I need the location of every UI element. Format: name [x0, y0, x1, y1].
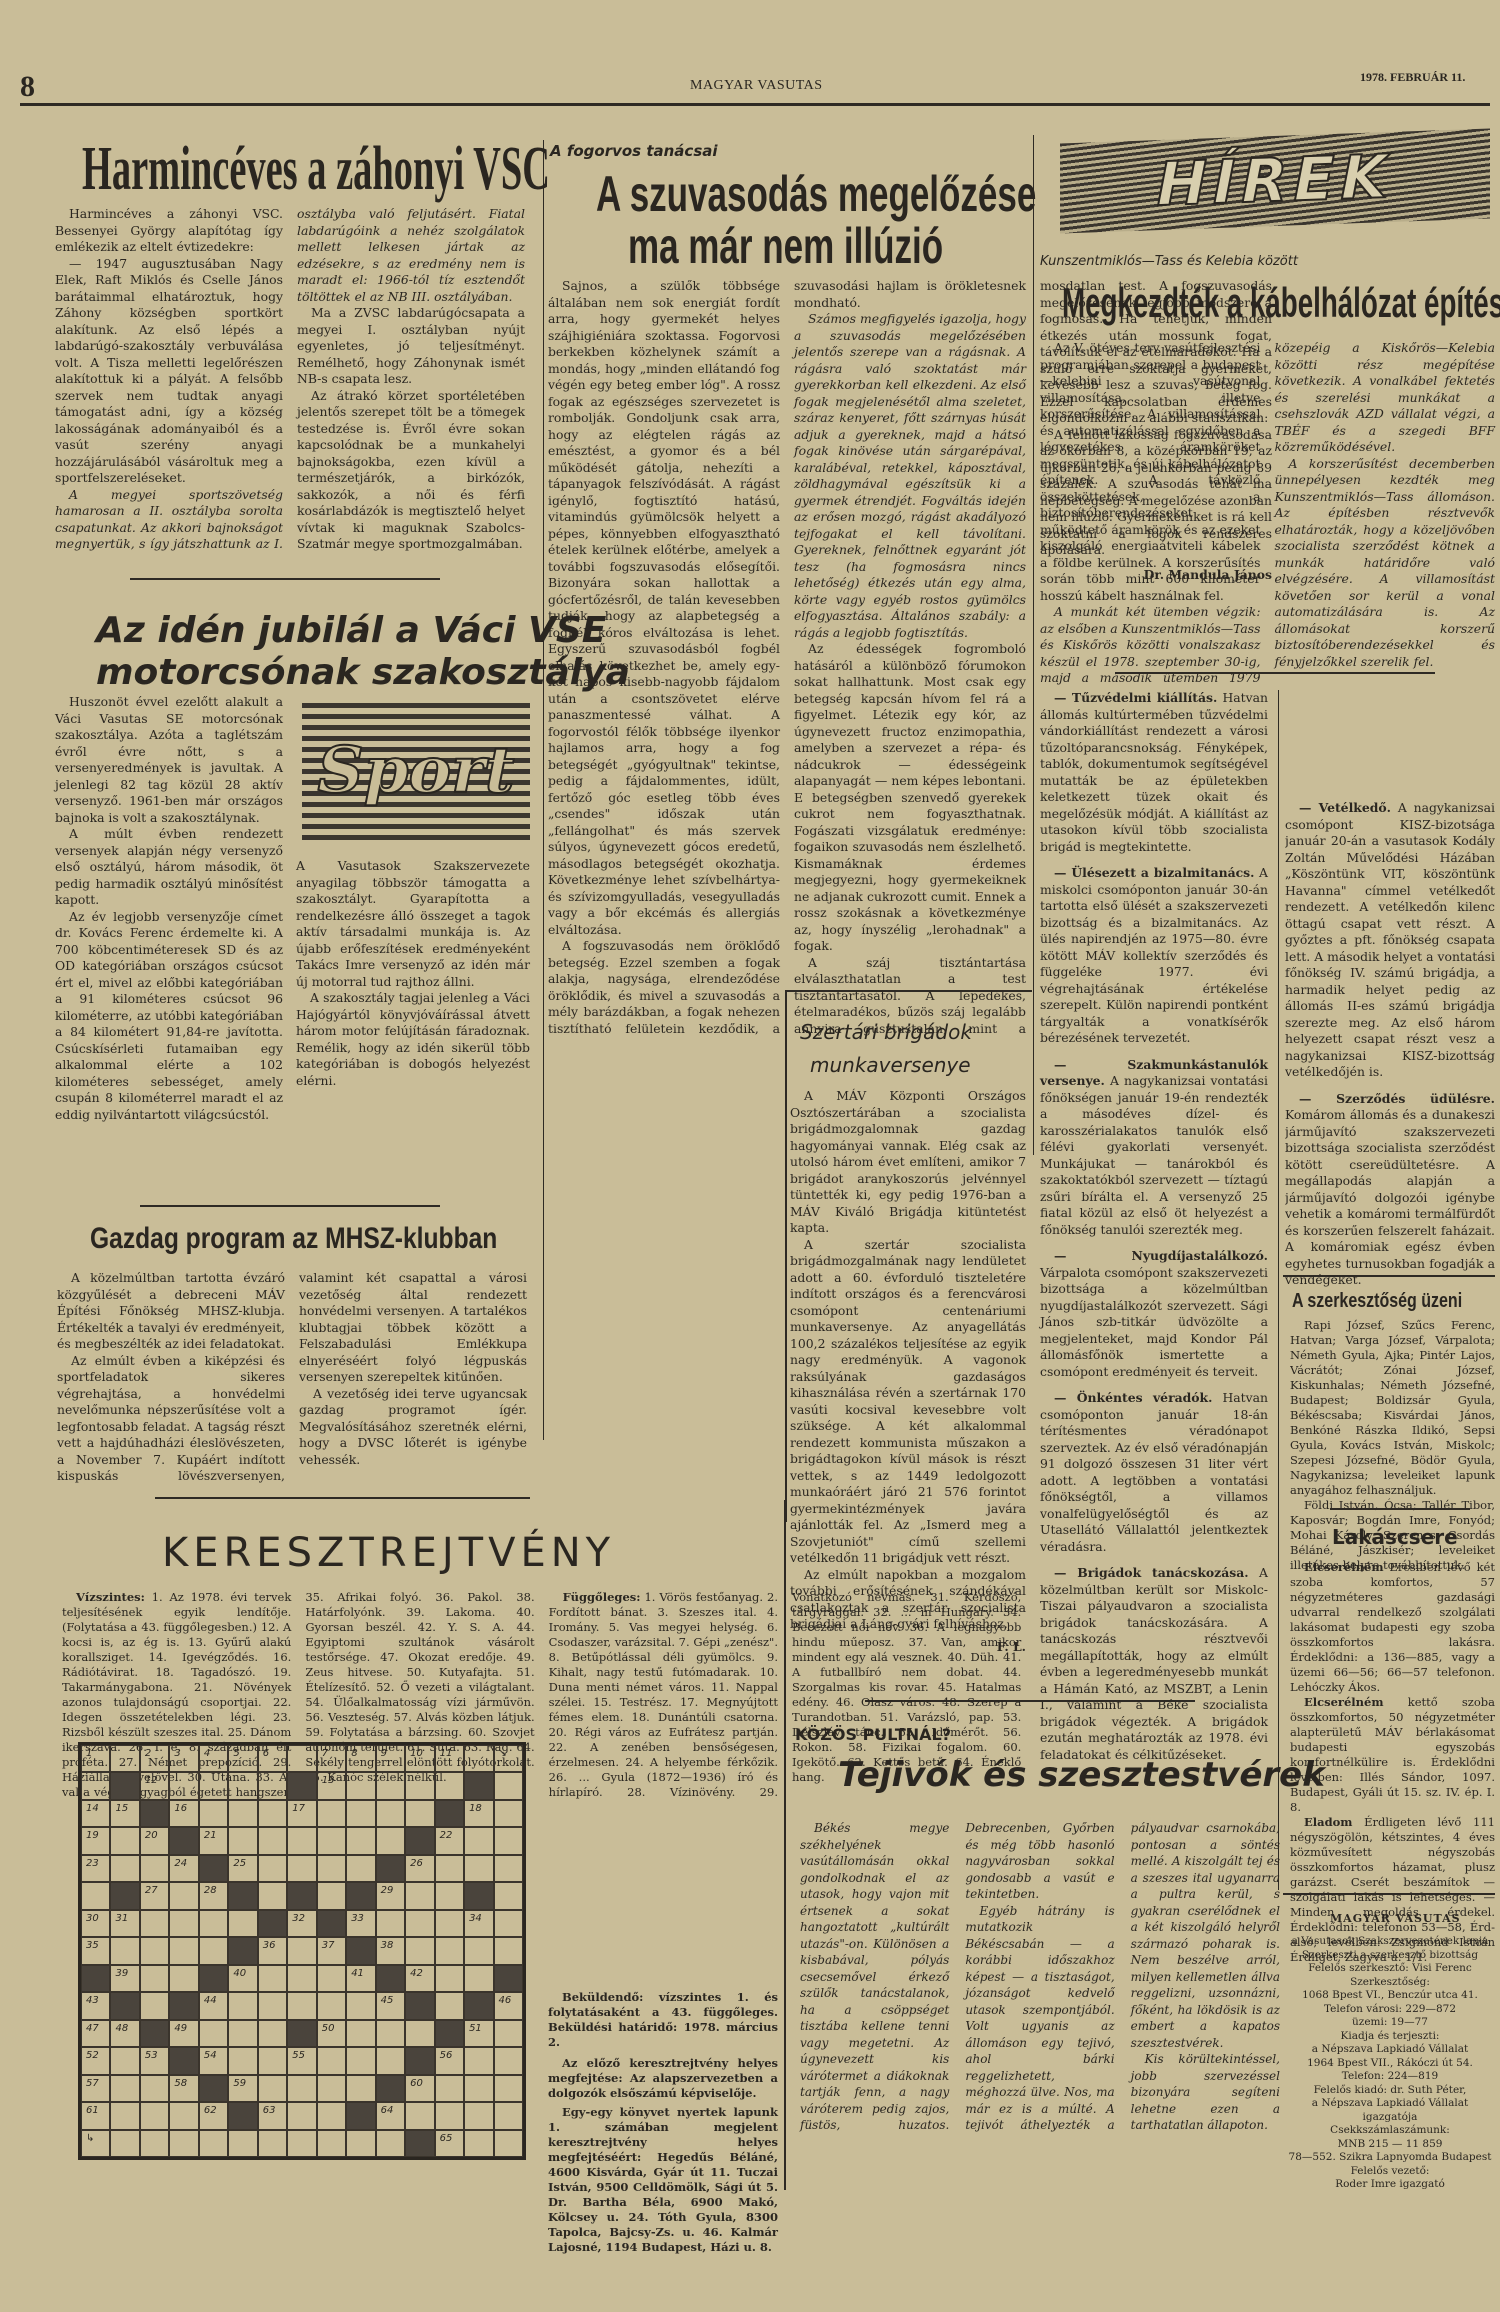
crossword-cell[interactable] — [464, 1937, 493, 1964]
crossword-cell[interactable] — [287, 1745, 316, 1772]
crossword-cell[interactable]: ↳ — [81, 2130, 110, 2157]
news-brief: — Tűzvédelmi kiállítás. Hatvan állomás k… — [1040, 690, 1268, 855]
crossword-cell[interactable]: 56 — [435, 2047, 464, 2074]
crossword-cell[interactable] — [376, 2047, 405, 2074]
crossword-cell[interactable] — [287, 1937, 316, 1964]
imprint-title: MAGYAR VASUTAS — [1330, 1912, 1461, 1925]
news-brief: — Ülésezett a bizalmitanács. A miskolci … — [1040, 865, 1268, 1047]
crossword-cell[interactable] — [346, 2130, 375, 2157]
crossword-cell[interactable]: 32 — [287, 1910, 316, 1937]
crossword-grid: 1234567891011↘12131415161718192021222324… — [78, 1742, 526, 2160]
article-title-line2: ma már nem illúzió — [628, 220, 943, 272]
crossword-cell[interactable] — [199, 1910, 228, 1937]
crossword-cell[interactable]: 12 — [140, 1772, 169, 1799]
crossword-cell[interactable] — [81, 1882, 110, 1909]
crossword-cell[interactable]: 24 — [169, 1855, 198, 1882]
crossword-cell[interactable] — [140, 1910, 169, 1937]
article-kicker: Kunszentmiklós—Tass és Kelebia között — [1040, 254, 1298, 269]
crossword-block — [464, 1772, 493, 1799]
crossword-cell[interactable] — [228, 2130, 257, 2157]
news-brief-list-col1: — Tűzvédelmi kiállítás. Hatvan állomás k… — [1040, 690, 1268, 1773]
crossword-cell[interactable] — [405, 1882, 434, 1909]
crossword-cell[interactable] — [317, 1855, 346, 1882]
previous-solution: Az előző keresztrejtvény helyes megfejté… — [548, 2056, 778, 2101]
crossword-cell[interactable] — [110, 1827, 139, 1854]
crossword-cell[interactable] — [494, 2047, 523, 2074]
crossword-cell[interactable] — [494, 2020, 523, 2047]
submit-instructions: Beküldendő: vízszintes 1. és folytatásak… — [548, 1990, 778, 2050]
crossword-cell[interactable] — [376, 2020, 405, 2047]
crossword-cell[interactable] — [376, 1910, 405, 1937]
crossword-cell[interactable]: 9 — [376, 1745, 405, 1772]
crossword-cell[interactable]: 19 — [81, 1827, 110, 1854]
crossword-cell[interactable]: 54 — [199, 2047, 228, 2074]
crossword-cell[interactable] — [110, 2047, 139, 2074]
crossword-cell[interactable] — [346, 1800, 375, 1827]
crossword-cell[interactable] — [258, 2130, 287, 2157]
divider — [1283, 1275, 1495, 1277]
divider — [130, 578, 440, 580]
crossword-cell[interactable] — [199, 1800, 228, 1827]
crossword-cell[interactable]: 55 — [287, 2047, 316, 2074]
crossword-cell[interactable] — [376, 1772, 405, 1799]
crossword-cell[interactable] — [258, 2020, 287, 2047]
crossword-block — [346, 1882, 375, 1909]
news-brief: — Brigádok tanácskozása. A közelmúltban … — [1040, 1565, 1268, 1763]
paper-name: MAGYAR VASUTAS — [690, 78, 823, 94]
paragraph: A MÁV Központi Országos Osztószertárában… — [790, 1088, 1026, 1237]
section-title: Lakáscsere — [1332, 1525, 1458, 1549]
crossword-cell[interactable] — [317, 1827, 346, 1854]
crossword-block — [287, 1882, 316, 1909]
crossword-cell[interactable] — [346, 2020, 375, 2047]
crossword-block — [287, 1772, 316, 1799]
crossword-cell[interactable] — [494, 1772, 523, 1799]
crossword-cell[interactable]: 47 — [81, 2020, 110, 2047]
news-brief-list-col2: — Vetélkedő. A nagykanizsai csomópont KI… — [1285, 800, 1495, 1299]
crossword-cell[interactable] — [110, 1937, 139, 1964]
crossword-cell[interactable] — [494, 1882, 523, 1909]
crossword-cell[interactable] — [494, 1910, 523, 1937]
crossword-cell[interactable] — [405, 2102, 434, 2129]
crossword-cell[interactable]: 16 — [169, 1800, 198, 1827]
crossword-cell[interactable] — [494, 2075, 523, 2102]
crossword-notes: Beküldendő: vízszintes 1. és folytatásak… — [548, 1990, 778, 2255]
crossword-cell[interactable] — [110, 2130, 139, 2157]
article-title-line1: Szertári brigádok — [800, 1020, 972, 1044]
paragraph: A Vasutasok Szakszervezete anyagilag töb… — [296, 858, 530, 990]
crossword-cell[interactable]: 14 — [81, 1800, 110, 1827]
crossword-cell[interactable] — [435, 1992, 464, 2019]
crossword-cell[interactable] — [494, 1800, 523, 1827]
divider — [1115, 672, 1435, 674]
crossword-cell[interactable] — [464, 1745, 493, 1772]
hirek-label: HÍREK — [1157, 142, 1393, 220]
issue-date: 1978. FEBRUÁR 11. — [1360, 70, 1465, 85]
crossword-cell[interactable] — [435, 1910, 464, 1937]
crossword-cell[interactable] — [140, 1965, 169, 1992]
crossword-cell[interactable]: 63 — [258, 2102, 287, 2129]
crossword-block — [169, 2047, 198, 2074]
crossword-cell[interactable] — [258, 2075, 287, 2102]
crossword-cell[interactable] — [199, 1772, 228, 1799]
paragraph: A közelmúltban tartotta évzáró közgyűlés… — [57, 1270, 285, 1353]
crossword-cell[interactable] — [435, 2102, 464, 2129]
crossword-cell[interactable]: 60 — [405, 2075, 434, 2102]
crossword-cell[interactable] — [228, 1992, 257, 2019]
crossword-cell[interactable]: 11 — [435, 1745, 464, 1772]
crossword-cell[interactable]: 48 — [110, 2020, 139, 2047]
paragraph: A vezetőség idei terve ugyancsak gazdag … — [299, 1386, 527, 1469]
crossword-cell[interactable]: 13 — [317, 1772, 346, 1799]
crossword-cell[interactable] — [169, 1937, 198, 1964]
divider — [1330, 1508, 1470, 1510]
crossword-cell[interactable]: 25 — [228, 1855, 257, 1882]
crossword-cell[interactable]: 34 — [464, 1910, 493, 1937]
crossword-cell[interactable]: 23 — [81, 1855, 110, 1882]
paragraph: Az V. ötéves terv vasútfejlesztési progr… — [1040, 340, 1261, 604]
paragraph: A korszerűsítést decemberben ünnepélyese… — [1275, 456, 1496, 671]
divider — [1283, 1893, 1495, 1895]
crossword-cell[interactable]: 62 — [199, 2102, 228, 2129]
crossword-cell[interactable] — [287, 1992, 316, 2019]
crossword-block — [81, 1965, 110, 1992]
sport-label: Sport — [318, 733, 515, 808]
crossword-cell[interactable] — [346, 2047, 375, 2074]
news-brief: — Szerződés üdülésre. Komárom állomás és… — [1285, 1091, 1495, 1289]
crossword-cell[interactable]: 4 — [199, 1745, 228, 1772]
crossword-cell[interactable]: 44 — [199, 1992, 228, 2019]
crossword-block — [199, 1855, 228, 1882]
crossword-block — [405, 1992, 434, 2019]
crossword-cell[interactable] — [169, 1772, 198, 1799]
sport-illustration: Sport — [302, 700, 530, 840]
crossword-cell[interactable] — [169, 1965, 198, 1992]
crossword-cell[interactable] — [435, 1772, 464, 1799]
crossword-block — [228, 1882, 257, 1909]
crossword-cell[interactable] — [199, 2020, 228, 2047]
crossword-block — [140, 1800, 169, 1827]
crossword-cell[interactable] — [435, 1965, 464, 1992]
crossword-cell[interactable]: 64 — [376, 2102, 405, 2129]
crossword-block — [140, 2020, 169, 2047]
crossword-cell[interactable] — [169, 1910, 198, 1937]
crossword-cell[interactable] — [258, 1772, 287, 1799]
crossword-cell[interactable] — [228, 1772, 257, 1799]
crossword-cell[interactable]: 2 — [140, 1745, 169, 1772]
divider — [155, 1497, 530, 1499]
crossword-cell[interactable] — [140, 1855, 169, 1882]
crossword-cell[interactable] — [464, 2102, 493, 2129]
article-body: Harmincéves a záhonyi VSC. Bessenyei Gyö… — [55, 206, 525, 553]
crossword-cell[interactable]: 6 — [258, 1745, 287, 1772]
crossword-cell[interactable]: 10 — [405, 1745, 434, 1772]
crossword-cell[interactable] — [228, 2047, 257, 2074]
crossword-cell[interactable]: 39 — [110, 1965, 139, 1992]
crossword-cell[interactable] — [317, 1882, 346, 1909]
crossword-cell[interactable] — [169, 2102, 198, 2129]
crossword-cell[interactable] — [228, 1827, 257, 1854]
crossword-cell[interactable] — [376, 1800, 405, 1827]
crossword-block — [405, 2130, 434, 2157]
crossword-block — [346, 2102, 375, 2129]
crossword-cell[interactable] — [405, 1937, 434, 1964]
crossword-cell[interactable]: 46 — [494, 1992, 523, 2019]
imprint-lines: a Vasutasok Szakszervezetének lapja Szer… — [1285, 1935, 1495, 2192]
article-body: Sajnos, a szülők többsége általában nem … — [548, 278, 1026, 1048]
crossword-block — [317, 1910, 346, 1937]
crossword-cell[interactable] — [464, 1855, 493, 1882]
crossword-cell[interactable]: 7 — [317, 1745, 346, 1772]
paragraph: Az édességek fogromboló hatásáról a külö… — [794, 641, 1026, 955]
crossword-cell[interactable]: 57 — [81, 2075, 110, 2102]
crossword-cell[interactable]: 28 — [199, 1882, 228, 1909]
crossword-cell[interactable] — [199, 2130, 228, 2157]
crossword-cell[interactable]: 22 — [435, 1827, 464, 1854]
crossword-cell[interactable] — [494, 2102, 523, 2129]
listing: Elcserélném Ercsiben lévő két szoba komf… — [1290, 1560, 1495, 1695]
crossword-cell[interactable] — [140, 2075, 169, 2102]
crossword-cell[interactable] — [110, 1745, 139, 1772]
crossword-cell[interactable] — [435, 1855, 464, 1882]
page-number: 8 — [20, 70, 35, 104]
crossword-cell[interactable]: 15 — [110, 1800, 139, 1827]
crossword-block — [169, 1827, 198, 1854]
crossword-cell[interactable] — [376, 2130, 405, 2157]
crossword-block — [110, 1992, 139, 2019]
crossword-cell[interactable] — [435, 2075, 464, 2102]
crossword-cell[interactable]: 20 — [140, 1827, 169, 1854]
article-title-line1: Az idén jubilál a Váci VSE — [96, 610, 606, 651]
winners: Egy-egy könyvet nyertek lapunk 1. számáb… — [548, 2105, 778, 2255]
crossword-cell[interactable] — [464, 2075, 493, 2102]
crossword-cell[interactable] — [376, 1827, 405, 1854]
crossword-cell[interactable] — [110, 2102, 139, 2129]
crossword-cell[interactable]: 42 — [405, 1965, 434, 1992]
crossword-cell[interactable] — [494, 1855, 523, 1882]
crossword-cell[interactable] — [110, 2075, 139, 2102]
crossword-cell[interactable]: 31 — [110, 1910, 139, 1937]
crossword-block — [199, 2075, 228, 2102]
crossword-cell[interactable]: 5 — [228, 1745, 257, 1772]
crossword-cell[interactable] — [199, 1937, 228, 1964]
divider — [140, 1205, 440, 1207]
crossword-cell[interactable]: 41 — [346, 1965, 375, 1992]
masthead-rule — [20, 103, 1490, 106]
crossword-cell[interactable]: 8 — [346, 1745, 375, 1772]
crossword-cell[interactable]: 36 — [258, 1937, 287, 1964]
article-body: A MÁV Központi Országos Osztószertárában… — [790, 1088, 1026, 1655]
column-divider — [784, 1500, 786, 2190]
crossword-cell[interactable] — [405, 2020, 434, 2047]
crossword-block — [258, 1910, 287, 1937]
crossword-cell[interactable] — [494, 2130, 523, 2157]
article-body: Az V. ötéves terv vasútfejlesztési progr… — [1040, 340, 1495, 687]
crossword-cell[interactable] — [258, 1800, 287, 1827]
article-body: A közelmúltban tartotta évzáró közgyűlés… — [57, 1270, 527, 1485]
section-title: A szerkesztőség üzeni — [1292, 1290, 1462, 1313]
crossword-block — [464, 1992, 493, 2019]
paragraph: Kis körültekintéssel, jobb szervezéssel … — [1131, 2051, 1280, 2134]
crossword-cell[interactable]: 43 — [81, 1992, 110, 2019]
crossword-cell[interactable] — [405, 1910, 434, 1937]
crossword-cell[interactable] — [464, 1965, 493, 1992]
crossword-cell[interactable] — [405, 1800, 434, 1827]
crossword-cell[interactable] — [287, 2075, 316, 2102]
crossword-cell[interactable]: 3 — [169, 1745, 198, 1772]
crossword-cell[interactable] — [494, 1827, 523, 1854]
crossword-cell[interactable] — [169, 2130, 198, 2157]
paragraph: Harmincéves a záhonyi VSC. Bessenyei Gyö… — [55, 206, 283, 256]
crossword-cell[interactable] — [287, 1827, 316, 1854]
article-title-line1: A szuvasodás megelőzése — [596, 168, 1036, 220]
crossword-cell[interactable] — [258, 1855, 287, 1882]
crossword-cell[interactable] — [140, 2102, 169, 2129]
paragraph: A szakosztály tagjai jelenleg a Váci Haj… — [296, 990, 530, 1089]
crossword-cell[interactable]: 50 — [317, 2020, 346, 2047]
crossword-cell[interactable] — [317, 2075, 346, 2102]
crossword-block — [110, 1772, 139, 1799]
paragraph: Számos megfigyelés igazolja, hogy a szuv… — [794, 311, 1026, 641]
paragraph: Az átrakó körzet sportéletében jelentős … — [297, 388, 525, 553]
crossword-cell[interactable] — [346, 1992, 375, 2019]
paragraph: Rapi József, Szűcs Ferenc, Hatvan; Varga… — [1290, 1318, 1495, 1498]
paragraph: Sajnos, a szülők többsége általában nem … — [548, 278, 780, 938]
crossword-cell[interactable] — [287, 1965, 316, 1992]
crossword-cell[interactable]: 45 — [376, 1992, 405, 2019]
crossword-cell[interactable]: 49 — [169, 2020, 198, 2047]
crossword-cell[interactable]: 21 — [199, 1827, 228, 1854]
paragraph: Ma a ZVSC labdarúgócsapata a megyei I. o… — [297, 305, 525, 388]
crossword-block — [376, 2075, 405, 2102]
crossword-cell[interactable] — [287, 1855, 316, 1882]
crossword-cell[interactable] — [287, 2102, 316, 2129]
paragraph: — 1947 augusztusában Nagy Elek, Raft Mik… — [55, 256, 283, 487]
crossword-cell[interactable] — [228, 2020, 257, 2047]
crossword-cell[interactable]: 37 — [317, 1937, 346, 1964]
crossword-block — [376, 1855, 405, 1882]
crossword-cell[interactable] — [346, 1855, 375, 1882]
news-brief: — Önkéntes véradók. Hatvan csomóponton j… — [1040, 1390, 1268, 1555]
crossword-cell[interactable]: 58 — [169, 2075, 198, 2102]
crossword-cell[interactable] — [346, 2075, 375, 2102]
crossword-cell[interactable]: 26 — [405, 1855, 434, 1882]
crossword-cell[interactable] — [228, 1910, 257, 1937]
paragraph: A szertár szocialista brigádmozgalmának … — [790, 1237, 1026, 1567]
crossword-cell[interactable] — [258, 1992, 287, 2019]
crossword-block — [228, 2102, 257, 2129]
crossword-cell[interactable] — [140, 1992, 169, 2019]
crossword-cell[interactable] — [494, 1937, 523, 1964]
crossword-block — [169, 1992, 198, 2019]
crossword-cell[interactable] — [317, 1992, 346, 2019]
crossword-cell[interactable]: 65 — [435, 2130, 464, 2157]
crossword-block — [405, 2047, 434, 2074]
crossword-cell[interactable] — [169, 1882, 198, 1909]
crossword-block — [494, 1965, 523, 1992]
crossword-cell[interactable] — [140, 1937, 169, 1964]
crossword-cell[interactable] — [258, 2047, 287, 2074]
crossword-cell[interactable] — [464, 2130, 493, 2157]
crossword-cell[interactable] — [81, 1772, 110, 1799]
crossword-block — [464, 1882, 493, 1909]
article-body-col1: Huszonöt évvel ezelőtt alakult a Váci Va… — [55, 694, 283, 1123]
crossword-cell[interactable]: 33 — [346, 1910, 375, 1937]
crossword-cell[interactable]: 61 — [81, 2102, 110, 2129]
paragraph: Az év legjobb versenyzője címet dr. Ková… — [55, 909, 283, 1124]
crossword-cell[interactable] — [317, 2102, 346, 2129]
crossword-block — [228, 1937, 257, 1964]
crossword-cell[interactable]: 40 — [228, 1965, 257, 1992]
crossword-cell[interactable]: ↘ — [494, 1745, 523, 1772]
paragraph: Huszonöt évvel ezelőtt alakult a Váci Va… — [55, 694, 283, 826]
crossword-cell[interactable]: 53 — [140, 2047, 169, 2074]
crossword-cell[interactable] — [346, 1772, 375, 1799]
article-body: Békés megye székhelyének vasútállomásán … — [800, 1820, 1280, 2134]
crossword-cell[interactable] — [110, 1855, 139, 1882]
column-divider — [1278, 690, 1279, 1890]
crossword-block — [405, 1827, 434, 1854]
crossword-cell[interactable] — [317, 1965, 346, 1992]
crossword-cell[interactable]: 27 — [140, 1882, 169, 1909]
crossword-cell[interactable] — [258, 1965, 287, 1992]
crossword-cell[interactable] — [287, 2130, 316, 2157]
crossword-cell[interactable] — [405, 1772, 434, 1799]
article-body-col2: A Vasutasok Szakszervezete anyagilag töb… — [296, 858, 530, 1089]
crossword-cell[interactable]: 29 — [376, 1882, 405, 1909]
crossword-cell[interactable] — [346, 1827, 375, 1854]
news-brief: — Vetélkedő. A nagykanizsai csomópont KI… — [1285, 800, 1495, 1081]
crossword-cell[interactable]: 35 — [81, 1937, 110, 1964]
column-divider — [543, 140, 544, 1440]
crossword-block — [435, 2020, 464, 2047]
crossword-cell[interactable] — [464, 2047, 493, 2074]
crossword-block — [376, 1965, 405, 1992]
crossword-block — [287, 2020, 316, 2047]
article-title: Gazdag program az MHSZ-klubban — [90, 1222, 497, 1256]
hirek-banner: HÍREK — [1060, 128, 1490, 233]
paragraph: A múlt évben rendezett versenyek alapján… — [55, 826, 283, 909]
crossword-cell[interactable]: 18 — [464, 1800, 493, 1827]
crossword-cell[interactable] — [435, 1882, 464, 1909]
news-brief: — Szakmunkástanulók versenye. A nagykani… — [1040, 1057, 1268, 1239]
crossword-cell[interactable] — [435, 1937, 464, 1964]
crossword-cell[interactable] — [464, 1827, 493, 1854]
column-divider — [1033, 135, 1034, 1155]
crossword-cell[interactable]: 38 — [376, 1937, 405, 1964]
article-title: Megkezdték a kábelhálózat építését — [1062, 280, 1500, 326]
crossword-cell[interactable]: 51 — [464, 2020, 493, 2047]
crossword-cell[interactable] — [317, 1800, 346, 1827]
crossword-cell[interactable]: 59 — [228, 2075, 257, 2102]
crossword-cell[interactable] — [317, 2130, 346, 2157]
crossword-cell[interactable] — [258, 1882, 287, 1909]
crossword-title: KERESZTREJTVÉNY — [162, 1530, 615, 1576]
crossword-cell[interactable] — [258, 1827, 287, 1854]
crossword-cell[interactable] — [140, 2130, 169, 2157]
crossword-cell[interactable] — [317, 2047, 346, 2074]
crossword-cell[interactable]: 1 — [81, 1745, 110, 1772]
crossword-cell[interactable] — [228, 1800, 257, 1827]
crossword-cell[interactable]: 30 — [81, 1910, 110, 1937]
article-kicker: A fogorvos tanácsai — [550, 142, 718, 160]
news-brief: — Nyugdíjastalálkozó. Várpalota csomópon… — [1040, 1248, 1268, 1380]
crossword-cell[interactable]: 52 — [81, 2047, 110, 2074]
crossword-cell[interactable]: 17 — [287, 1800, 316, 1827]
crossword-block — [346, 1937, 375, 1964]
crossword-block — [435, 1800, 464, 1827]
article-title: Harmincéves a záhonyi VSC — [82, 136, 550, 202]
